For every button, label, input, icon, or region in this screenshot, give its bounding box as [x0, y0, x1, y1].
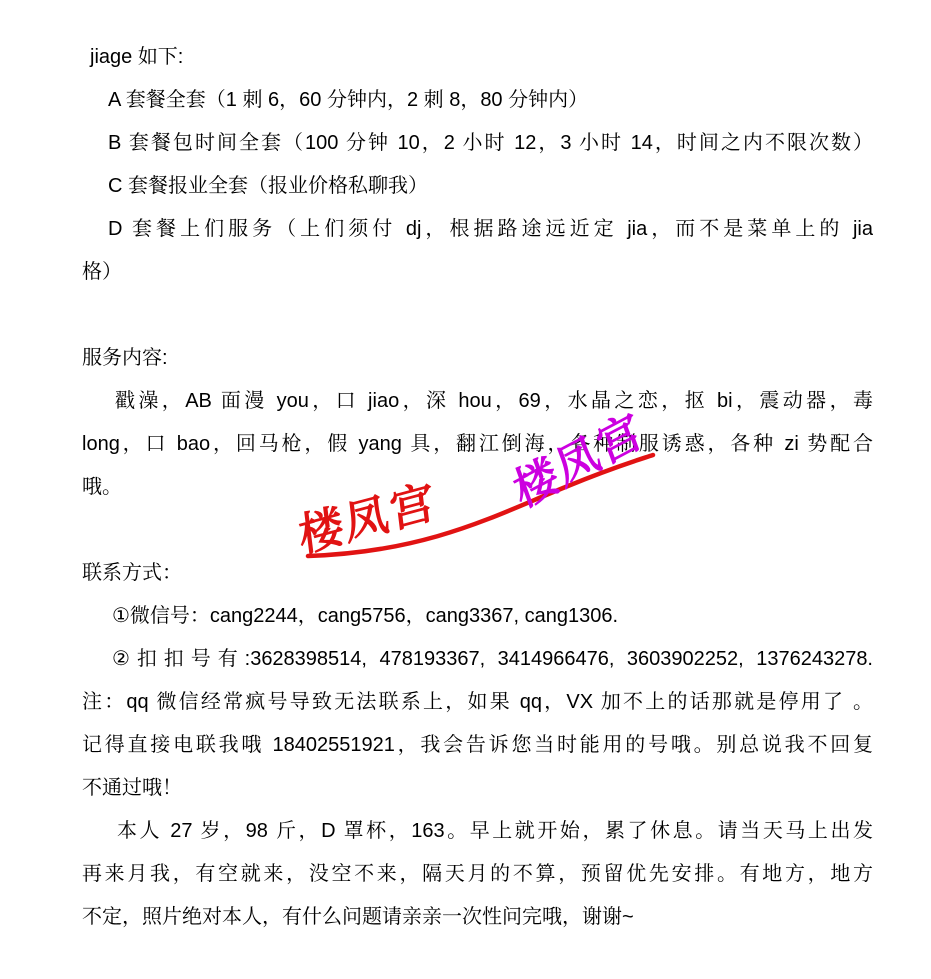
- text-line: [82, 509, 873, 552]
- text-line: 格）: [82, 251, 873, 294]
- text-line: 记得直接电联我哦 18402551921，我会告诉您当时能用的号哦。别总说我不回…: [82, 724, 873, 767]
- text-line: 注：qq 微信经常疯号导致无法联系上，如果 qq，VX 加不上的话那就是停用了 …: [82, 681, 873, 724]
- text-line: A 套餐全套（1 刺 6，60 分钟内，2 刺 8，80 分钟内）: [82, 79, 873, 122]
- text-line: D 套餐上们服务（上们须付 dj，根据路途远近定 jia，而不是菜单上的 jia: [82, 208, 873, 251]
- text-line: 哦。: [82, 466, 873, 509]
- text-line: 本人 27 岁，98 斤，D 罩杯，163。早上就开始，累了休息。请当天马上出发: [82, 810, 873, 853]
- text-line: 联系方式：: [82, 552, 873, 595]
- document-body: jiage 如下:A 套餐全套（1 刺 6，60 分钟内，2 刺 8，80 分钟…: [82, 36, 873, 939]
- text-line: 不定，照片绝对本人，有什么问题请亲亲一次性问完哦，谢谢~: [82, 896, 873, 939]
- text-line: ②扣扣号有:3628398514, 478193367, 3414966476,…: [82, 638, 873, 681]
- text-line: [82, 294, 873, 337]
- text-line: 戳澡，AB 面漫 you，口 jiao，深 hou，69，水晶之恋，抠 bi，震…: [82, 380, 873, 423]
- text-line: long，口 bao，回马枪，假 yang 具，翻江倒海，各种制服诱惑，各种 z…: [82, 423, 873, 466]
- text-line: B 套餐包时间全套（100 分钟 10，2 小时 12，3 小时 14，时间之内…: [82, 122, 873, 165]
- text-line: 服务内容:: [82, 337, 873, 380]
- text-line: jiage 如下:: [82, 36, 873, 79]
- text-line: ①微信号：cang2244，cang5756，cang3367, cang130…: [82, 595, 873, 638]
- text-line: C 套餐报业全套（报业价格私聊我）: [82, 165, 873, 208]
- page-root: jiage 如下:A 套餐全套（1 刺 6，60 分钟内，2 刺 8，80 分钟…: [0, 0, 931, 979]
- text-line: 不通过哦！: [82, 767, 873, 810]
- text-line: 再来月我，有空就来，没空不来，隔天月的不算，预留优先安排。有地方，地方: [82, 853, 873, 896]
